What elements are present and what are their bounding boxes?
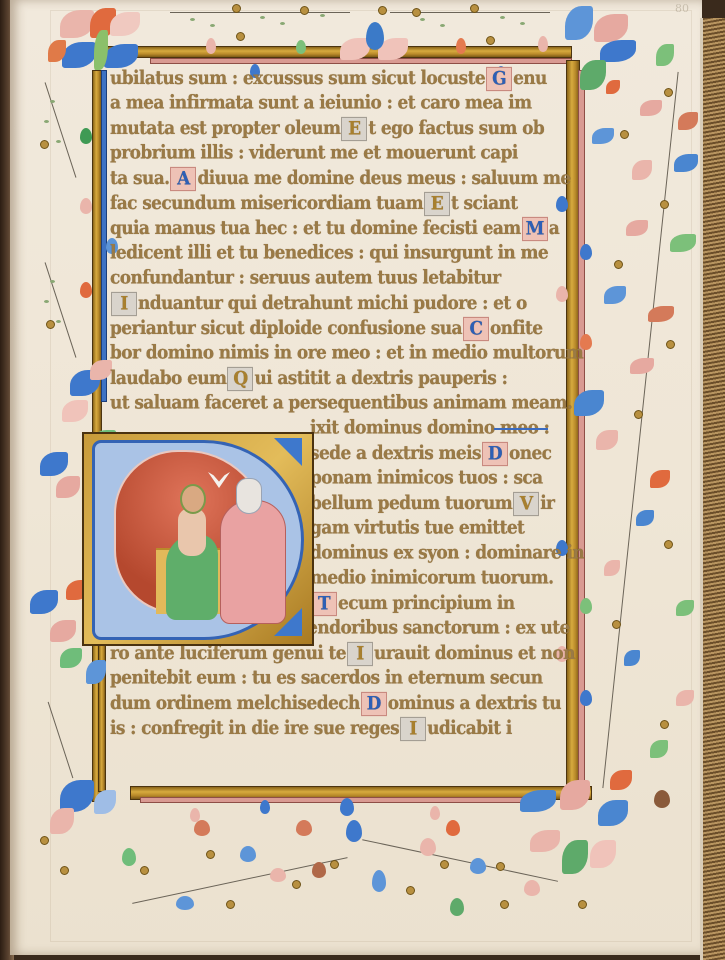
- text-line: is : confregit in die ire sue regesIudic…: [110, 717, 512, 741]
- text-line: fac secundum misericordiam tuamEt sciant: [110, 192, 518, 216]
- initial-scene-background: [114, 450, 268, 614]
- minor-initial: E: [424, 192, 450, 216]
- initial-corner-blue-triangle: [274, 438, 302, 466]
- text-line: gam virtutis tue emittet: [310, 517, 524, 539]
- right-pink-stem: [578, 70, 585, 792]
- minor-initial: A: [170, 167, 196, 191]
- christ-head-crown-of-thorns: [180, 484, 206, 514]
- holy-spirit-dove: [208, 472, 230, 488]
- text-line: mutata est propter oleumEt ego factus su…: [110, 117, 544, 141]
- historiated-initial-d: [82, 432, 310, 642]
- text-line: Tecum principium in: [310, 592, 515, 616]
- text-line: ut saluam faceret a persequentibus anima…: [110, 392, 572, 414]
- text-line: medio inimicorum tuorum.: [310, 567, 553, 589]
- text-line: sede a dextris meisDonec: [310, 442, 551, 466]
- god-the-father-pink-robe: [220, 500, 286, 624]
- text-line: Induantur qui detrahunt michi pudore : e…: [110, 292, 527, 316]
- minor-initial: D: [361, 692, 387, 716]
- god-the-father-head: [236, 478, 262, 514]
- minor-initial: E: [341, 117, 367, 141]
- minor-initial: I: [400, 717, 426, 741]
- text-line: penitebit eum : tu es sacerdos in eternu…: [110, 667, 543, 689]
- text-line: laudabo eumQui astitit a dextris pauperi…: [110, 367, 507, 391]
- text-line: probrium illis : viderunt me et mouerunt…: [110, 142, 518, 164]
- initial-corner-blue-triangle: [274, 608, 302, 636]
- left-blue-stem: [101, 70, 107, 402]
- minor-initial: T: [311, 592, 337, 616]
- text-line: dum ordinem melchisedechDominus a dextri…: [110, 692, 561, 716]
- christ-figure: [178, 508, 206, 556]
- text-line: ledicent illi et tu benedices : qui insu…: [110, 242, 548, 264]
- minor-initial: V: [513, 492, 539, 516]
- page-edges-text-block: [700, 18, 725, 960]
- text-line: dominus ex syon : dominare in: [310, 542, 584, 564]
- top-gold-bar: [100, 46, 572, 58]
- minor-initial: C: [463, 317, 489, 341]
- text-line: a mea infirmata sunt a ieiunio : et caro…: [110, 92, 532, 114]
- text-line: periantur sicut diploide confusione suaC…: [110, 317, 542, 341]
- minor-initial: M: [522, 217, 548, 241]
- line-filler-flourish: [494, 422, 548, 430]
- text-line: ta sua.Adiuua me domine deus meus : salu…: [110, 167, 571, 191]
- text-line: confundantur : seruus autem tuus letabit…: [110, 267, 501, 289]
- text-line: quia manus tua hec : et tu domine fecist…: [110, 217, 559, 241]
- top-pink-stem: [150, 58, 572, 64]
- text-line: bor domino nimis in ore meo : et in medi…: [110, 342, 583, 364]
- text-line: ponam inimicos tuos : sca: [310, 467, 543, 489]
- text-line: ubilatus sum : excussus sum sicut locust…: [110, 67, 547, 91]
- minor-initial: I: [111, 292, 137, 316]
- minor-initial: Q: [227, 367, 253, 391]
- minor-initial: D: [482, 442, 508, 466]
- text-line: bellum pedum tuorumVir: [310, 492, 554, 516]
- minor-initial: I: [347, 642, 373, 666]
- minor-initial: G: [486, 67, 512, 91]
